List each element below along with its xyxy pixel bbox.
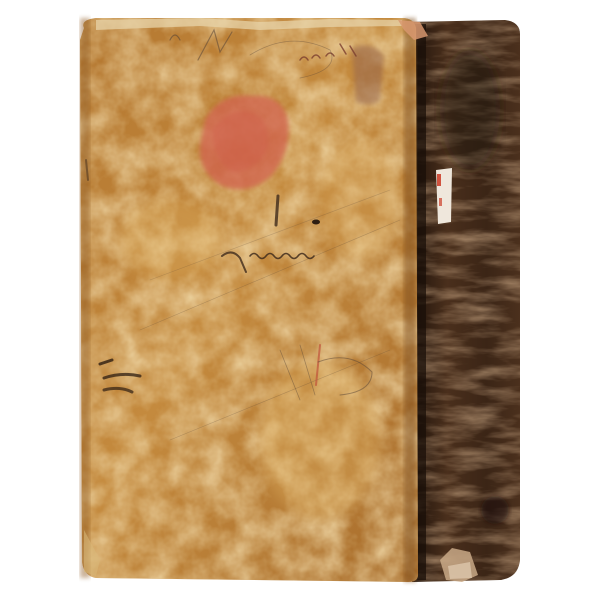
- book-photograph: [0, 0, 600, 600]
- book-illustration: [0, 0, 600, 600]
- spine-paper-label: [436, 168, 452, 224]
- book-spine: [408, 20, 520, 582]
